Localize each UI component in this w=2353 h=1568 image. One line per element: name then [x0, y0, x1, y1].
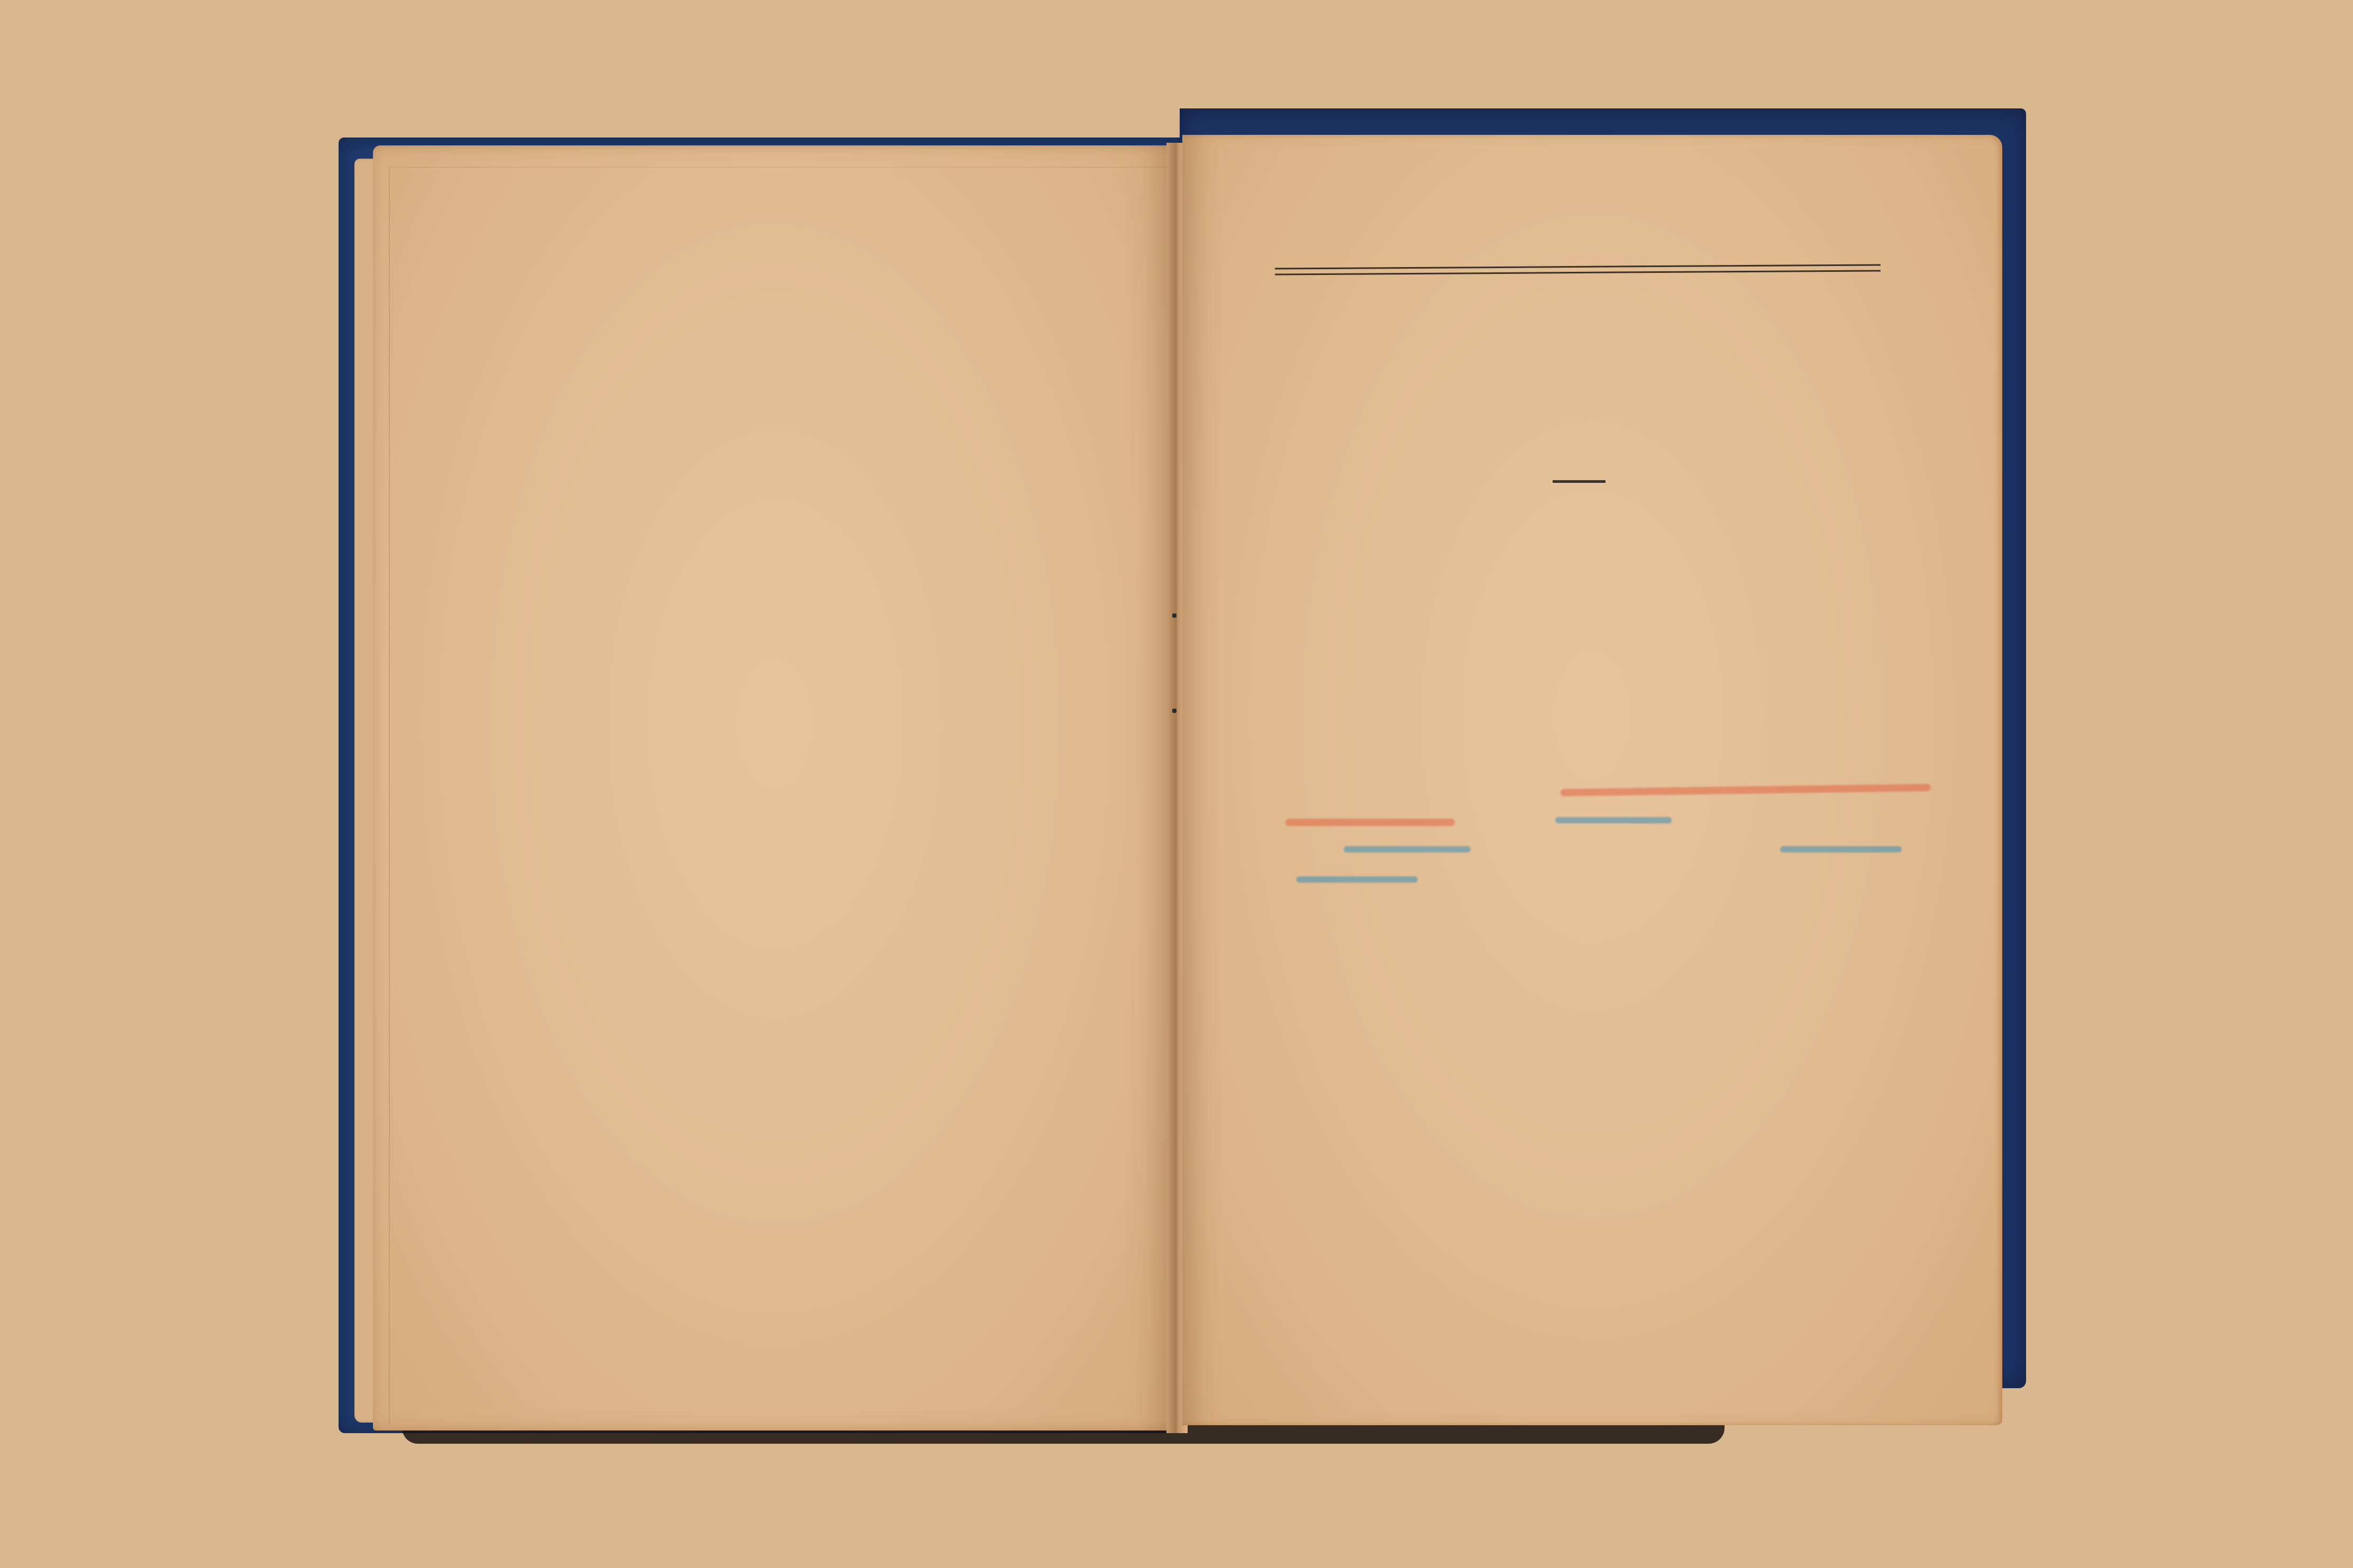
binding-stitch [1172, 709, 1176, 713]
red-highlight [1285, 819, 1455, 826]
title-separator [1553, 480, 1606, 483]
blue-highlight [1555, 817, 1672, 823]
left-page-border [389, 167, 1177, 1425]
blue-highlight [1780, 846, 1902, 852]
binding-stitch [1172, 613, 1176, 618]
handwritten-signature [1709, 264, 1782, 481]
right-page[interactable] [1182, 135, 2002, 1425]
left-page-blank[interactable] [373, 145, 1177, 1431]
blue-highlight [1344, 846, 1471, 852]
